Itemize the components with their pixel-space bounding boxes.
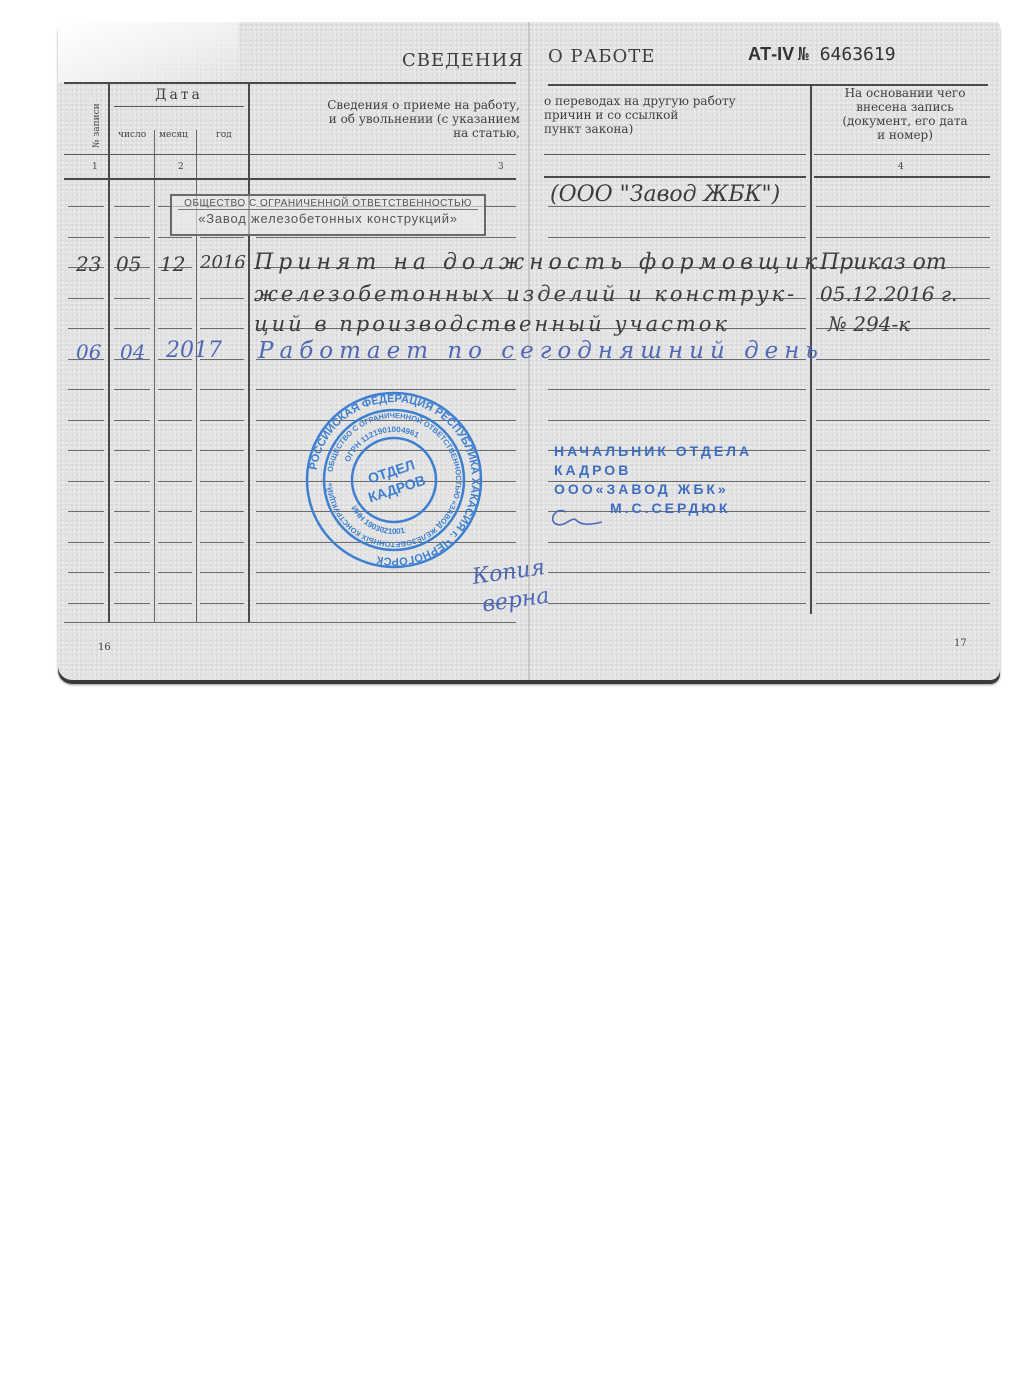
header-month: месяц	[159, 128, 188, 142]
entry-month: 04	[120, 340, 145, 364]
header-info-right: о переводах на другую работу причин и со…	[544, 94, 804, 136]
entry-info-line: Принят на должность формовщик	[254, 250, 822, 275]
entry-year: 2017	[166, 338, 222, 363]
document-series: АТ-IV	[748, 44, 794, 65]
number-sign: №	[798, 44, 809, 65]
header-date: Дата	[112, 88, 246, 102]
record-no: 23	[76, 252, 101, 276]
header-year: год	[216, 128, 232, 142]
entry-day: 05	[116, 252, 141, 276]
title-right: О РАБОТЕ	[548, 46, 655, 67]
entry-day: 06	[76, 340, 101, 364]
entry-year: 2016	[200, 252, 246, 273]
entry-info-line: Работает по сегодняшний день	[258, 338, 824, 364]
entry-basis-line: 05.12.2016 г.	[820, 282, 957, 306]
serial-number-value: 6463619	[820, 44, 896, 65]
entry-info-line: ций в производственный участок	[254, 312, 730, 336]
page-number-right: 17	[954, 638, 967, 649]
column-number-3: 3	[498, 162, 504, 172]
organization-stamp: ОБЩЕСТВО С ОГРАНИЧЕННОЙ ОТВЕТСТВЕННОСТЬЮ…	[170, 194, 486, 236]
certification-true: верна	[481, 583, 551, 617]
header-day: число	[118, 128, 146, 142]
header-info-left: Сведения о приеме на работу, и об увольн…	[258, 98, 520, 140]
round-seal-icon: РОССИЙСКАЯ ФЕДЕРАЦИЯ РЕСПУБЛИКА ХАКАСИЯ …	[304, 390, 484, 570]
entry-basis-line: Приказ от	[820, 250, 947, 275]
column-number-1: 1	[92, 162, 98, 172]
organization-handwritten: (ООО "Завод ЖБК")	[550, 182, 780, 207]
header-record-no: № записи	[92, 103, 102, 148]
signature-icon	[546, 502, 606, 532]
entry-basis-line: № 294-к	[828, 312, 910, 336]
entry-info-line: железобетонных изделий и конструк-	[254, 282, 797, 306]
page-number-left: 16	[98, 642, 111, 653]
header-basis: На основании чего внесена запись (докуме…	[814, 86, 996, 142]
title-left: СВЕДЕНИЯ	[402, 50, 524, 71]
entry-month: 12	[160, 252, 185, 276]
folded-corner	[58, 22, 238, 82]
serial-number: № 6463619	[798, 44, 896, 65]
work-book-spread: СВЕДЕНИЯ О РАБОТЕ АТ-IV № 6463619 № запи…	[58, 22, 1000, 680]
column-number-4: 4	[898, 162, 904, 172]
column-number-2: 2	[178, 162, 184, 172]
